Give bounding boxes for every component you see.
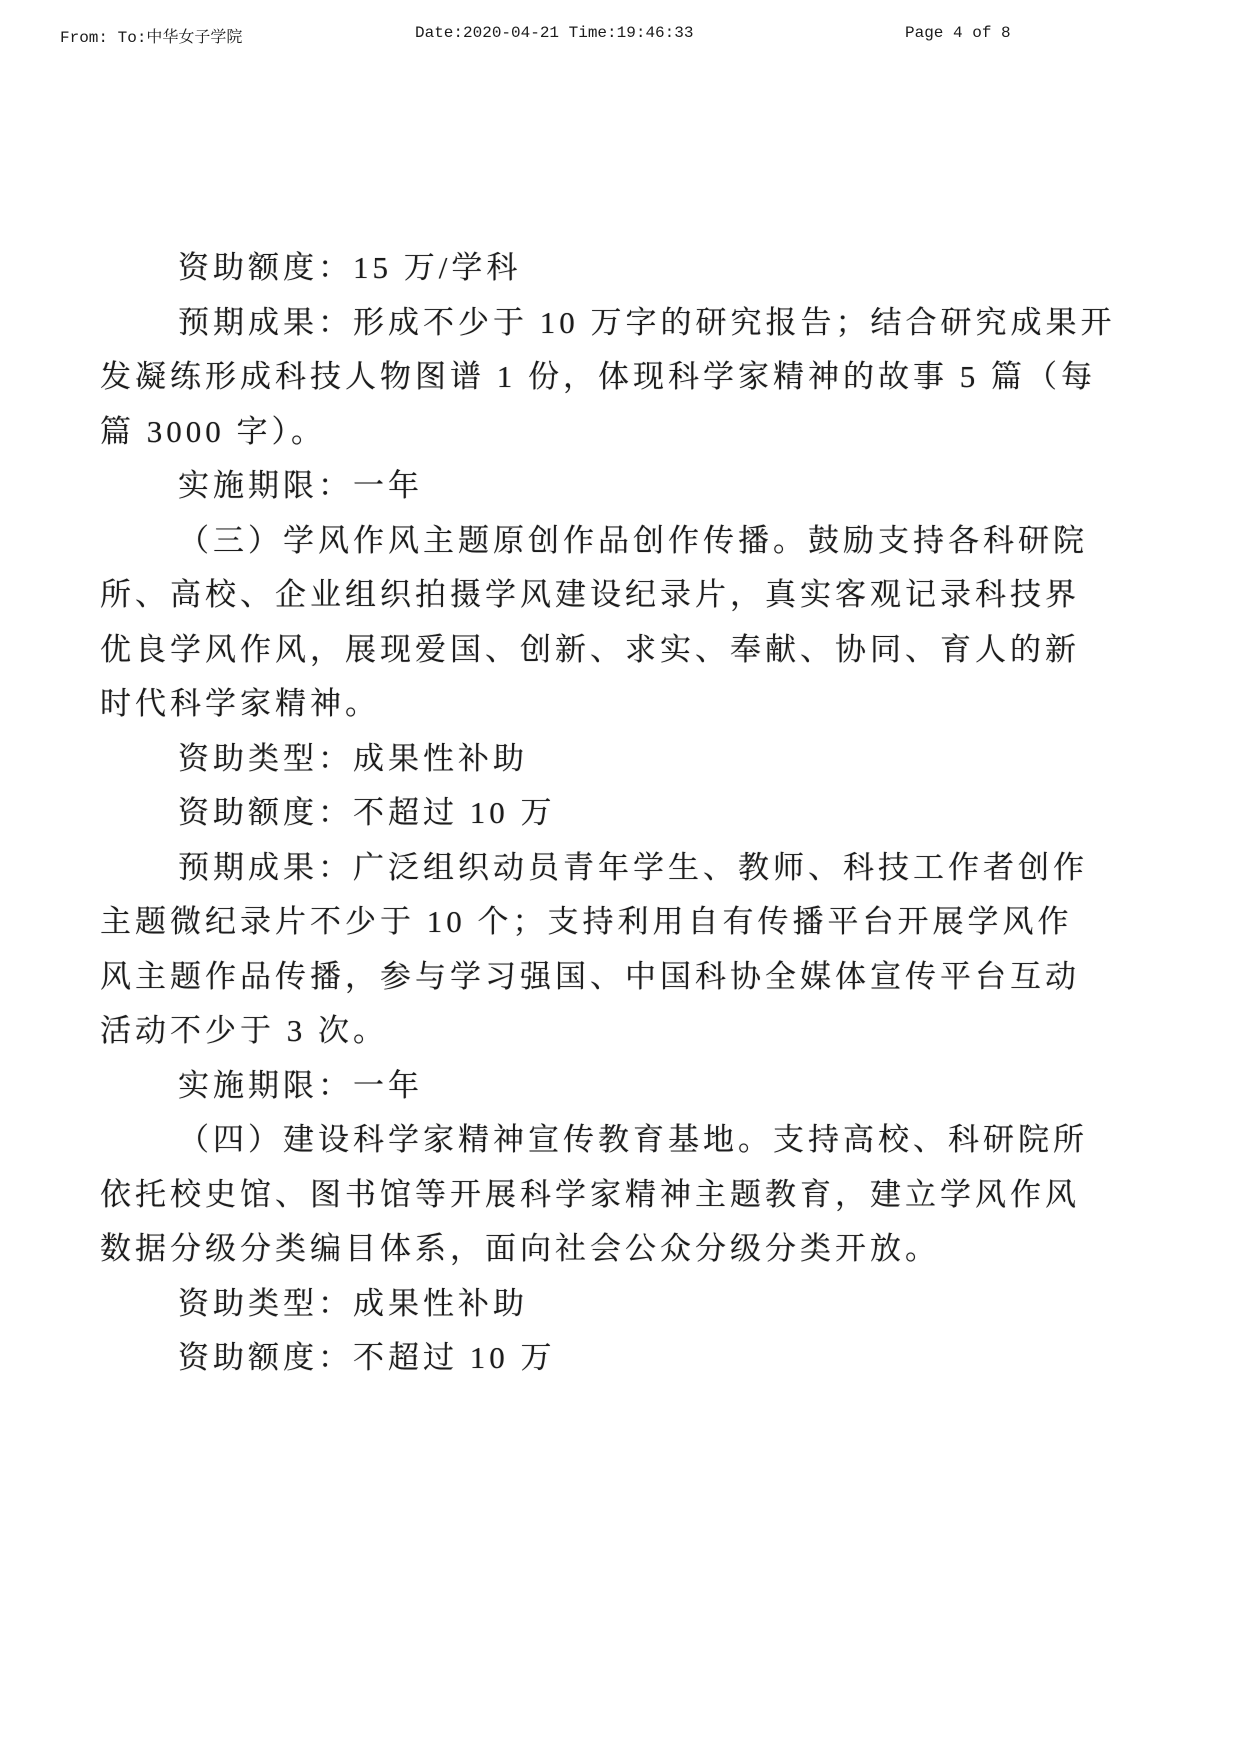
text-line: 发凝练形成科技人物图谱 1 份，体现科学家精神的故事 5 篇（每 [100, 350, 1060, 405]
scanned-fax-page: From: To:中华女子学院 Date:2020-04-21 Time:19:… [0, 0, 1240, 1754]
text-line: 资助额度：15 万/学科 [100, 241, 1060, 296]
text-line: （三）学风作风主题原创作品创作传播。鼓励支持各科研院 [100, 514, 1060, 569]
text-line: 主题微纪录片不少于 10 个；支持利用自有传播平台开展学风作 [100, 895, 1060, 950]
text-line: 资助类型：成果性补助 [100, 1277, 1060, 1332]
text-line: 所、高校、企业组织拍摄学风建设纪录片，真实客观记录科技界 [100, 568, 1060, 623]
text-line: 时代科学家精神。 [100, 677, 1060, 732]
text-line: 实施期限：一年 [100, 459, 1060, 514]
text-line: 篇 3000 字）。 [100, 405, 1060, 460]
text-line: 优良学风作风，展现爱国、创新、求实、奉献、协同、育人的新 [100, 623, 1060, 678]
document-body: 资助额度：15 万/学科预期成果：形成不少于 10 万字的研究报告；结合研究成果… [100, 241, 1060, 1386]
text-line: （四）建设科学家精神宣传教育基地。支持高校、科研院所 [100, 1113, 1060, 1168]
text-line: 依托校史馆、图书馆等开展科学家精神主题教育，建立学风作风 [100, 1168, 1060, 1223]
fax-header: From: To:中华女子学院 Date:2020-04-21 Time:19:… [0, 24, 1240, 48]
text-line: 资助额度：不超过 10 万 [100, 786, 1060, 841]
text-line: 数据分级分类编目体系，面向社会公众分级分类开放。 [100, 1222, 1060, 1277]
text-line: 活动不少于 3 次。 [100, 1004, 1060, 1059]
fax-header-datetime: Date:2020-04-21 Time:19:46:33 [415, 24, 693, 42]
fax-header-page-number: Page 4 of 8 [905, 24, 1011, 42]
text-line: 预期成果：广泛组织动员青年学生、教师、科技工作者创作 [100, 841, 1060, 896]
fax-header-from: From: To:中华女子学院 [60, 24, 242, 47]
text-line: 预期成果：形成不少于 10 万字的研究报告；结合研究成果开 [100, 296, 1060, 351]
text-line: 风主题作品传播，参与学习强国、中国科协全媒体宣传平台互动 [100, 950, 1060, 1005]
text-line: 资助额度：不超过 10 万 [100, 1331, 1060, 1386]
text-line: 实施期限：一年 [100, 1059, 1060, 1114]
text-line: 资助类型：成果性补助 [100, 732, 1060, 787]
